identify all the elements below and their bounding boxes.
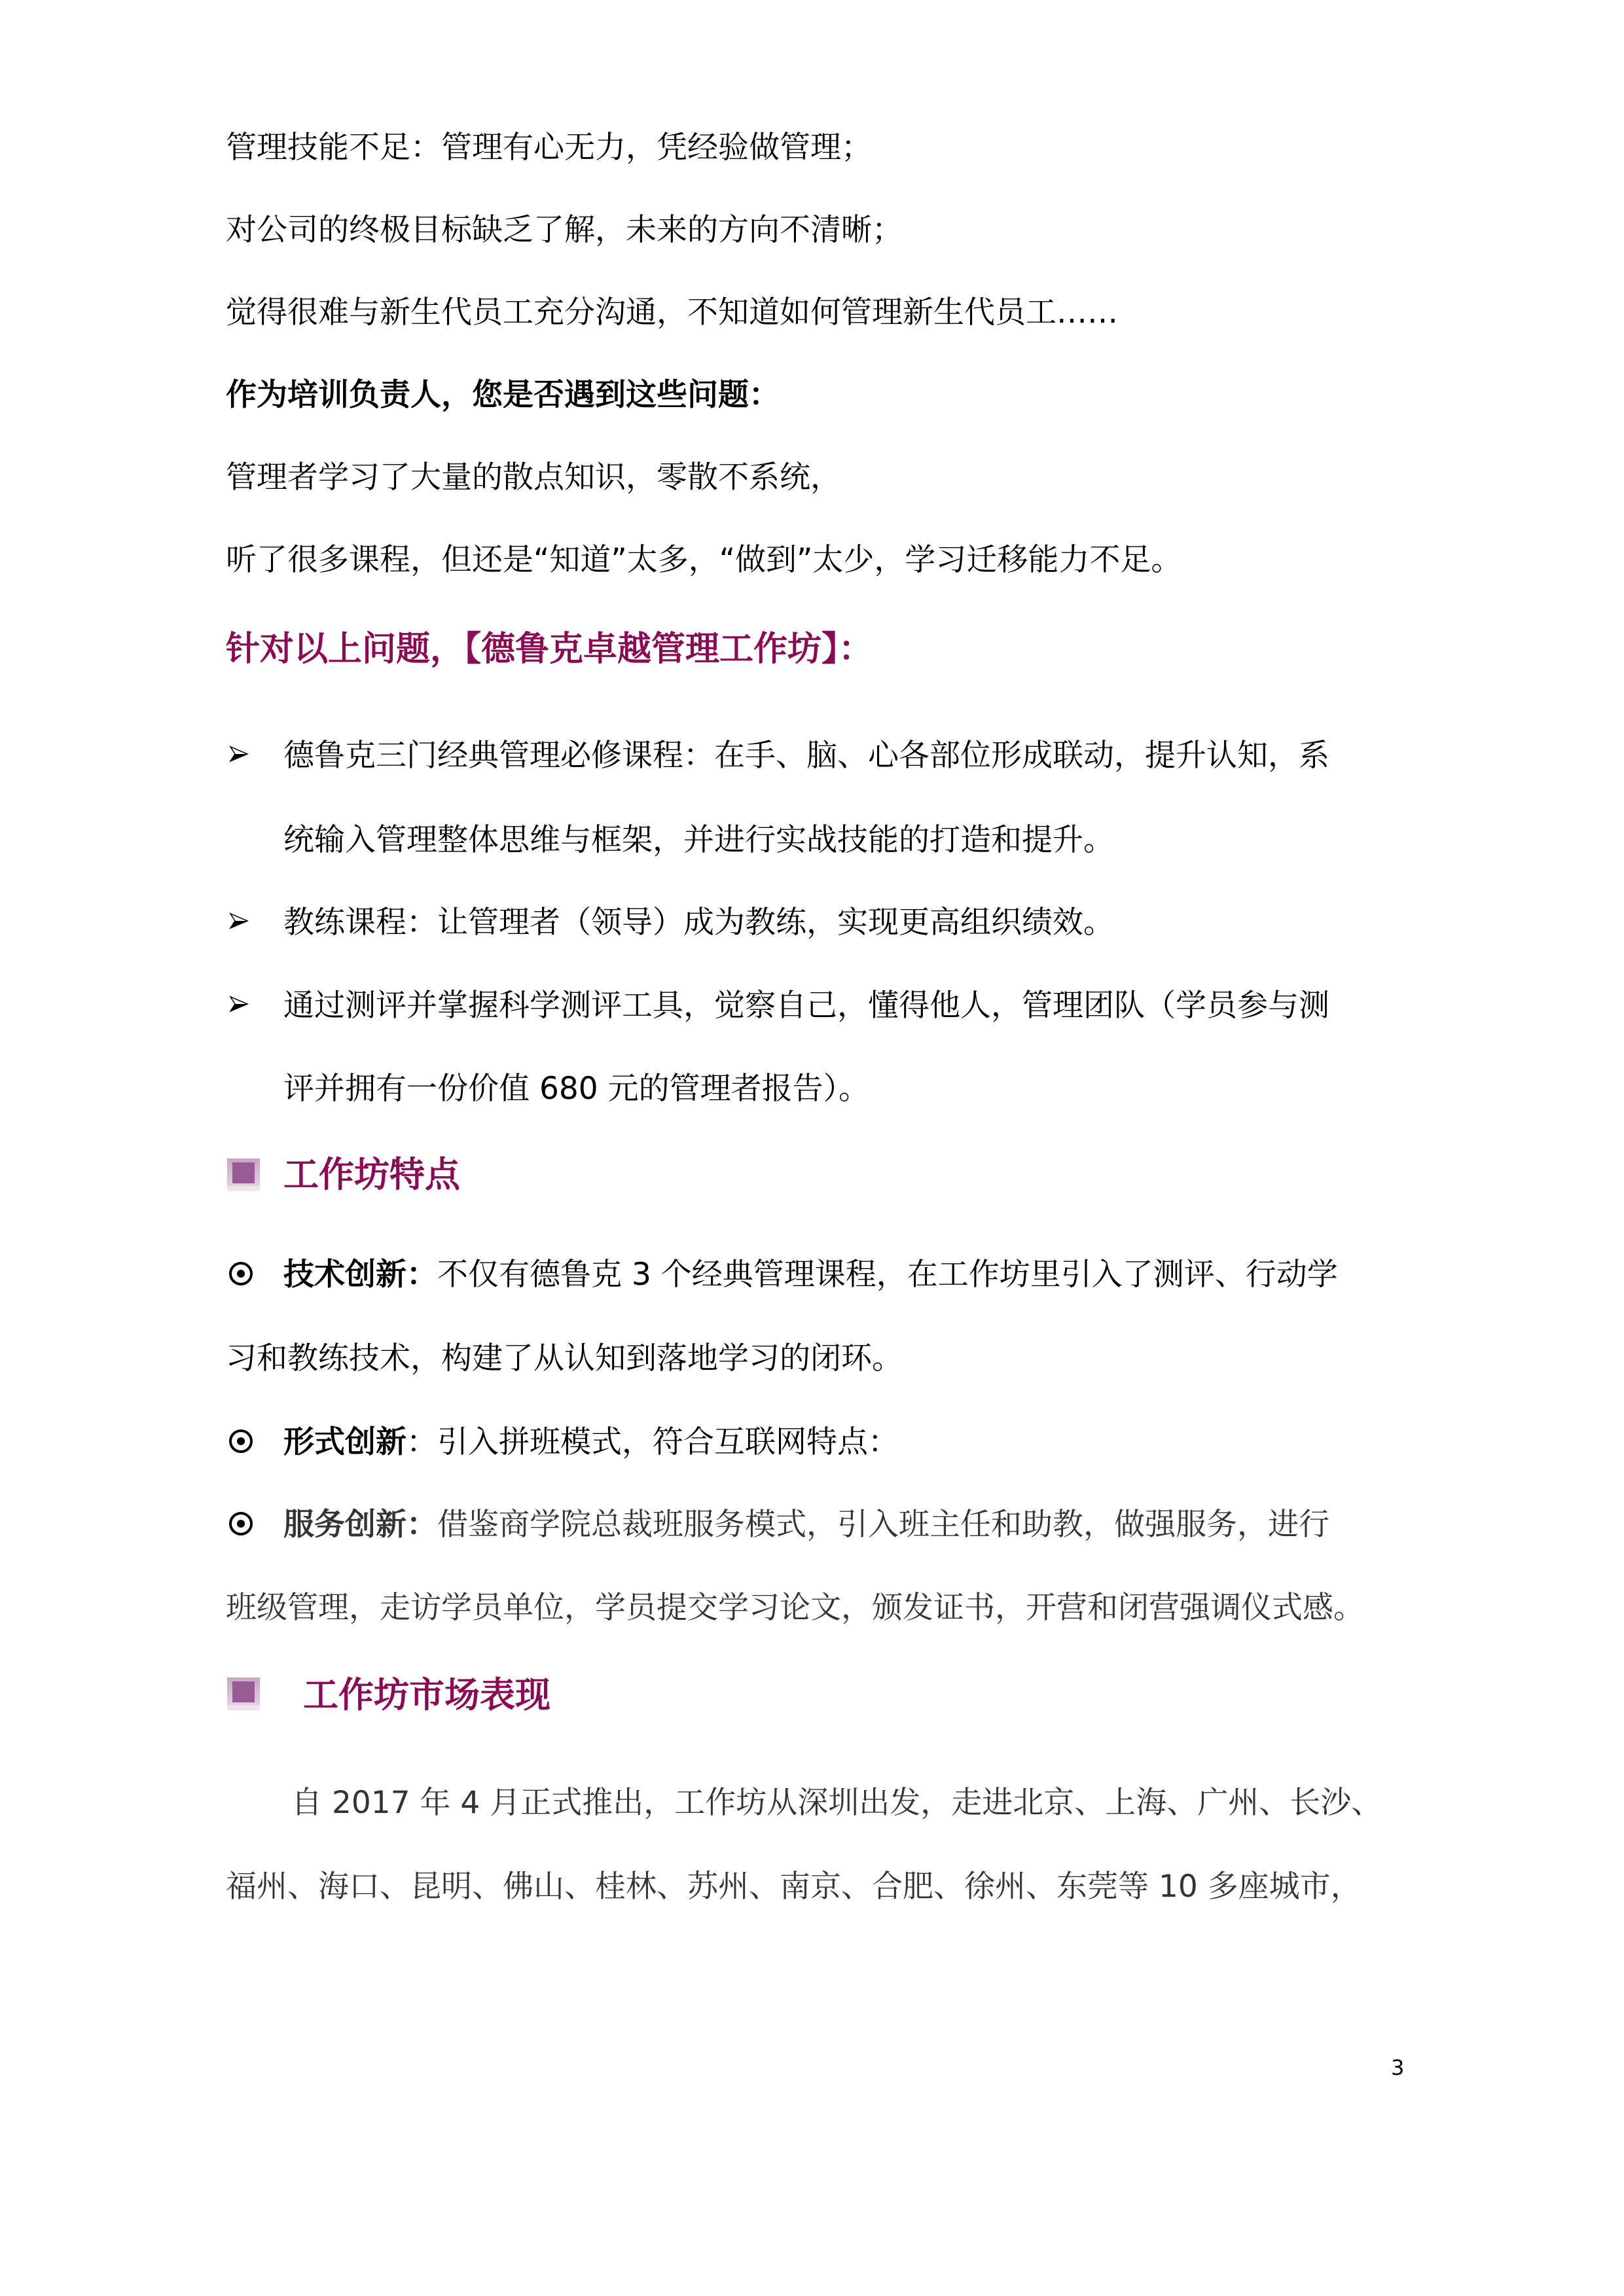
trainer-question-heading: 作为培训负责人，您是否遇到这些问题： <box>226 376 780 415</box>
arrow-bullet-icon <box>229 744 249 764</box>
document-page: 管理技能不足：管理有心无力，凭经验做管理； 对公司的终极目标缺乏了解，未来的方向… <box>0 0 1624 2296</box>
feature-item-3-line-2: 班级管理，走访学员单位，学员提交学习论文，颁发证书，开营和闭营强调仪式感。 <box>226 1588 1364 1628</box>
trainer-question-line-2: 听了很多课程，但还是“知道”太多，“做到”太少，学习迁移能力不足。 <box>226 541 1182 580</box>
feature-item-1-label: 技术创新： <box>283 1257 437 1293</box>
market-line-1: 自 2017 年 4 月正式推出，工作坊从深圳出发，走进北京、上海、广州、长沙、 <box>291 1784 1382 1823</box>
feature-item-3-line-1: 服务创新：借鉴商学院总裁班服务模式，引入班主任和助教，做强服务，进行 <box>283 1505 1329 1545</box>
page-number: 3 <box>1391 2055 1404 2080</box>
feature-item-3-text: 借鉴商学院总裁班服务模式，引入班主任和助教，做强服务，进行 <box>437 1507 1329 1543</box>
solution-item-3-line-2: 评并拥有一份价值 680 元的管理者报告）。 <box>283 1069 869 1109</box>
intro-line-3: 觉得很难与新生代员工充分沟通，不知道如何管理新生代员工…… <box>226 293 1118 332</box>
solution-heading: 针对以上问题，【德鲁克卓越管理工作坊】： <box>226 630 873 669</box>
arrow-bullet-icon <box>229 911 249 931</box>
features-heading: 工作坊特点 <box>283 1155 460 1194</box>
market-heading: 工作坊市场表现 <box>303 1676 550 1715</box>
feature-item-1-line-2: 习和教练技术，构建了从认知到落地学习的闭环。 <box>226 1339 903 1378</box>
solution-item-1-line-2: 统输入管理整体思维与框架，并进行实战技能的打造和提升。 <box>283 821 1114 860</box>
feature-item-2-text: ：引入拼班模式，符合互联网特点： <box>406 1424 899 1460</box>
intro-line-1: 管理技能不足：管理有心无力，凭经验做管理； <box>226 128 872 168</box>
circle-dot-bullet-icon <box>229 1512 253 1535</box>
feature-item-1-text: 不仅有德鲁克 3 个经典管理课程，在工作坊里引入了测评、行动学 <box>437 1257 1338 1293</box>
feature-item-2-label: 形式创新 <box>283 1424 406 1460</box>
market-line-2: 福州、海口、昆明、佛山、桂林、苏州、南京、合肥、徐州、东莞等 10 多座城市， <box>226 1867 1362 1907</box>
arrow-bullet-icon <box>229 994 249 1014</box>
solution-item-2-line-1: 教练课程：让管理者（领导）成为教练，实现更高组织绩效。 <box>283 903 1114 942</box>
solution-item-1-line-1: 德鲁克三门经典管理必修课程：在手、脑、心各部位形成联动，提升认知，系 <box>283 736 1329 776</box>
circle-dot-bullet-icon <box>229 1262 253 1285</box>
solution-item-3-line-1: 通过测评并掌握科学测评工具，觉察自己，懂得他人，管理团队（学员参与测 <box>283 986 1329 1026</box>
trainer-question-line-1: 管理者学习了大量的散点知识，零散不系统， <box>226 458 841 497</box>
circle-dot-bullet-icon <box>229 1429 253 1453</box>
feature-item-2-line-1: 形式创新：引入拼班模式，符合互联网特点： <box>283 1423 899 1462</box>
section-square-icon <box>227 1158 260 1191</box>
intro-line-2: 对公司的终极目标缺乏了解，未来的方向不清晰； <box>226 211 903 250</box>
section-square-icon <box>227 1677 260 1710</box>
feature-item-3-label: 服务创新： <box>283 1507 437 1543</box>
feature-item-1-line-1: 技术创新：不仅有德鲁克 3 个经典管理课程，在工作坊里引入了测评、行动学 <box>283 1255 1338 1295</box>
